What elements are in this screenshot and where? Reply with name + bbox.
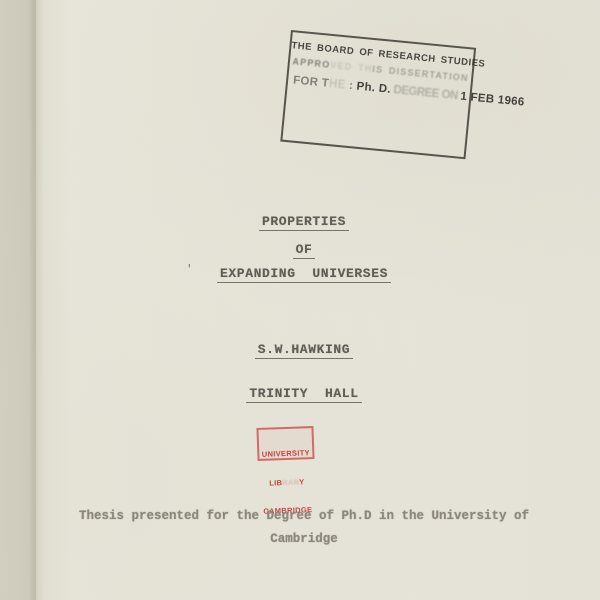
stamp-phd-text: Ph. D. bbox=[356, 81, 391, 96]
library-stamp-text-faded: RAR bbox=[282, 477, 299, 487]
thesis-title-page: THE BOARD OF RESEARCH STUDIES APPROVED T… bbox=[0, 0, 600, 600]
footer-declaration-line2: Cambridge bbox=[4, 532, 600, 546]
stamp-text-fragment: DEGREE ON bbox=[390, 84, 461, 103]
title-line-properties: PROPERTIES bbox=[4, 214, 600, 231]
title-text: OF bbox=[293, 242, 316, 259]
library-stamp-line1: UNIVERSITY bbox=[259, 448, 312, 459]
stamp-text-fragment: APPRO bbox=[292, 56, 331, 70]
university-library-stamp: UNIVERSITY LIBRARY CAMBRIDGE bbox=[256, 426, 314, 461]
library-stamp-line2: LIBRARY bbox=[260, 477, 313, 488]
library-stamp-text: LIB bbox=[269, 478, 282, 487]
author-text: S.W.HAWKING bbox=[255, 342, 353, 359]
stamp-text-fragment: VED TH bbox=[330, 60, 373, 74]
college-text: TRINITY HALL bbox=[246, 386, 361, 403]
stamp-text-fragment: FOR T bbox=[293, 74, 330, 89]
college-name: TRINITY HALL bbox=[4, 386, 600, 403]
title-text: PROPERTIES bbox=[259, 214, 349, 231]
title-text: EXPANDING UNIVERSES bbox=[217, 266, 391, 283]
footer-declaration-line1: Thesis presented for the Degree of Ph.D … bbox=[4, 509, 600, 523]
stamp-text-fragment: HE bbox=[328, 78, 346, 92]
stamp-date-text: FEB 1966 bbox=[470, 92, 525, 109]
author-name: S.W.HAWKING bbox=[4, 342, 600, 359]
title-line-of: OF bbox=[4, 242, 600, 259]
title-line-expanding-universes: EXPANDING UNIVERSES bbox=[4, 266, 600, 283]
stamp-text-fragment: : bbox=[345, 80, 357, 93]
library-stamp-text: Y bbox=[299, 477, 305, 486]
board-approval-stamp: THE BOARD OF RESEARCH STUDIES APPROVED T… bbox=[280, 30, 476, 159]
stray-ink-mark: ' bbox=[186, 264, 193, 276]
